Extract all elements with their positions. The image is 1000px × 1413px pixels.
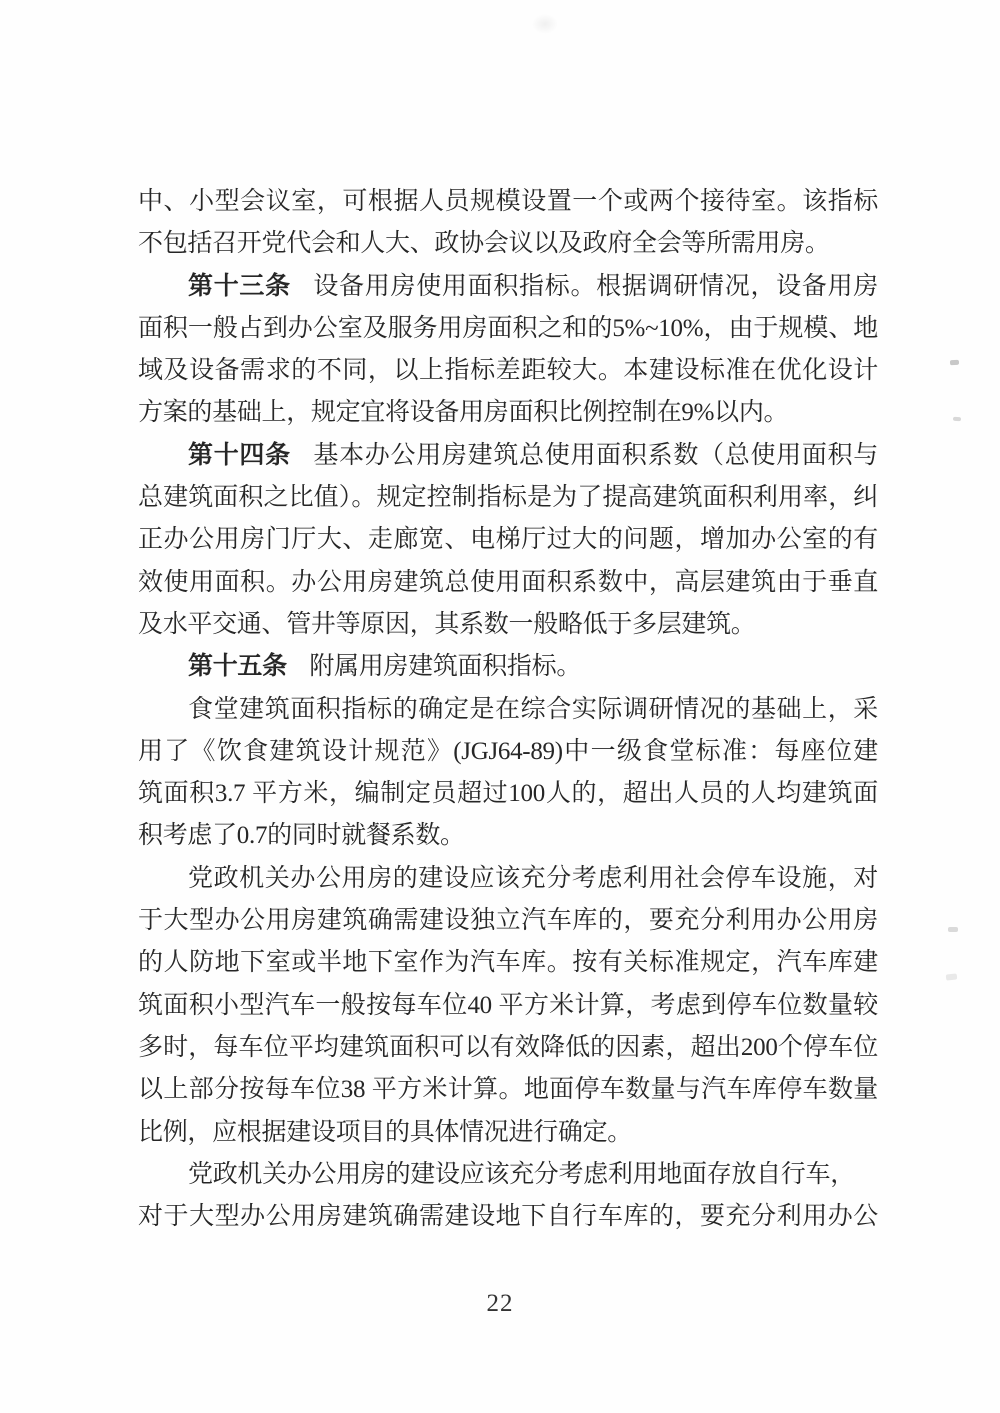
text-line: 中、小型会议室，可根据人员规模设置一个或两个接待室。该指标 bbox=[138, 181, 878, 223]
line-text: 党政机关办公用房的建设应该充分考虑利用地面存放自行车， bbox=[188, 1161, 855, 1188]
line-text: 总建筑面积之比值）。规定控制指标是为了提高建筑面积利用率，纠 bbox=[138, 484, 878, 511]
scan-artifact bbox=[946, 973, 958, 980]
text-line: 效使用面积。办公用房建筑总使用面积系数中，高层建筑由于垂直 bbox=[138, 562, 878, 604]
page-number: 22 bbox=[0, 1290, 1000, 1318]
article-heading: 第十四条 bbox=[188, 442, 291, 469]
text-line: 党政机关办公用房的建设应该充分考虑利用地面存放自行车， bbox=[138, 1154, 878, 1196]
text-line: 积考虑了0.7的同时就餐系数。 bbox=[138, 815, 878, 857]
scan-smudge bbox=[532, 14, 558, 34]
text-line: 正办公用房门厅大、走廊宽、电梯厅过大的问题，增加办公室的有 bbox=[138, 519, 878, 561]
text-line: 比例，应根据建设项目的具体情况进行确定。 bbox=[138, 1112, 878, 1154]
text-line: 于大型办公用房建筑确需建设独立汽车库的，要充分利用办公用房 bbox=[138, 900, 878, 942]
line-text: 及水平交通、管井等原因，其系数一般略低于多层建筑。 bbox=[138, 611, 756, 638]
text-line: 党政机关办公用房的建设应该充分考虑利用社会停车设施，对 bbox=[138, 858, 878, 900]
line-text: 于大型办公用房建筑确需建设独立汽车库的，要充分利用办公用房 bbox=[138, 907, 878, 934]
line-text: 方案的基础上，规定宜将设备用房面积比例控制在9%以内。 bbox=[138, 399, 788, 426]
text-line: 第十三条设备用房使用面积指标。根据调研情况，设备用房 bbox=[138, 266, 878, 308]
scan-artifact bbox=[950, 360, 959, 366]
line-text: 筑面积小型汽车一般按每车位40 平方米计算，考虑到停车位数量较 bbox=[138, 992, 878, 1019]
text-line: 面积一般占到办公室及服务用房面积之和的5%~10%，由于规模、地 bbox=[138, 308, 878, 350]
text-line: 筑面积小型汽车一般按每车位40 平方米计算，考虑到停车位数量较 bbox=[138, 985, 878, 1027]
line-text: 域及设备需求的不同，以上指标差距较大。本建设标准在优化设计 bbox=[138, 357, 878, 384]
line-text: 的人防地下室或半地下室作为汽车库。按有关标准规定，汽车库建 bbox=[138, 949, 878, 976]
line-text: 对于大型办公用房建筑确需建设地下自行车库的，要充分利用办公 bbox=[138, 1203, 878, 1230]
article-heading: 第十五条 bbox=[188, 653, 287, 680]
text-line: 第十四条基本办公用房建筑总使用面积系数（总使用面积与 bbox=[138, 435, 878, 477]
line-text: 设备用房使用面积指标。根据调研情况，设备用房 bbox=[313, 273, 878, 300]
text-line: 以上部分按每车位38 平方米计算。地面停车数量与汽车库停车数量 bbox=[138, 1069, 878, 1111]
line-text: 用了《饮食建筑设计规范》(JGJ64-89)中一级食堂标准：每座位建 bbox=[138, 738, 878, 765]
document-text-block: 中、小型会议室，可根据人员规模设置一个或两个接待室。该指标 不包括召开党代会和人… bbox=[138, 181, 878, 1238]
scan-artifact bbox=[953, 417, 961, 421]
article-heading: 第十三条 bbox=[188, 273, 291, 300]
text-line: 用了《饮食建筑设计规范》(JGJ64-89)中一级食堂标准：每座位建 bbox=[138, 731, 878, 773]
text-line: 对于大型办公用房建筑确需建设地下自行车库的，要充分利用办公 bbox=[138, 1196, 878, 1238]
scan-artifact bbox=[948, 927, 958, 932]
line-text: 不包括召开党代会和人大、政协会议以及政府全会等所需用房。 bbox=[138, 230, 830, 257]
text-line: 域及设备需求的不同，以上指标差距较大。本建设标准在优化设计 bbox=[138, 350, 878, 392]
text-line: 的人防地下室或半地下室作为汽车库。按有关标准规定，汽车库建 bbox=[138, 942, 878, 984]
line-text: 筑面积3.7 平方米，编制定员超过100人的，超出人员的人均建筑面 bbox=[138, 780, 878, 807]
line-text: 附属用房建筑面积指标。 bbox=[309, 653, 581, 680]
line-text: 效使用面积。办公用房建筑总使用面积系数中，高层建筑由于垂直 bbox=[138, 569, 878, 596]
text-line: 食堂建筑面积指标的确定是在综合实际调研情况的基础上，采 bbox=[138, 689, 878, 731]
line-text: 正办公用房门厅大、走廊宽、电梯厅过大的问题，增加办公室的有 bbox=[138, 526, 878, 553]
text-line: 总建筑面积之比值）。规定控制指标是为了提高建筑面积利用率，纠 bbox=[138, 477, 878, 519]
text-line: 多时，每车位平均建筑面积可以有效降低的因素，超出200个停车位 bbox=[138, 1027, 878, 1069]
text-line: 不包括召开党代会和人大、政协会议以及政府全会等所需用房。 bbox=[138, 223, 878, 265]
line-text: 多时，每车位平均建筑面积可以有效降低的因素，超出200个停车位 bbox=[138, 1034, 878, 1061]
text-line: 筑面积3.7 平方米，编制定员超过100人的，超出人员的人均建筑面 bbox=[138, 773, 878, 815]
line-text: 基本办公用房建筑总使用面积系数（总使用面积与 bbox=[313, 442, 878, 469]
line-text: 食堂建筑面积指标的确定是在综合实际调研情况的基础上，采 bbox=[188, 696, 878, 723]
line-text: 积考虑了0.7的同时就餐系数。 bbox=[138, 822, 465, 849]
line-text: 党政机关办公用房的建设应该充分考虑利用社会停车设施，对 bbox=[188, 865, 878, 892]
line-text: 比例，应根据建设项目的具体情况进行确定。 bbox=[138, 1119, 632, 1146]
text-line: 方案的基础上，规定宜将设备用房面积比例控制在9%以内。 bbox=[138, 392, 878, 434]
line-text: 面积一般占到办公室及服务用房面积之和的5%~10%，由于规模、地 bbox=[138, 315, 878, 342]
line-text: 以上部分按每车位38 平方米计算。地面停车数量与汽车库停车数量 bbox=[138, 1076, 878, 1103]
text-line: 及水平交通、管井等原因，其系数一般略低于多层建筑。 bbox=[138, 604, 878, 646]
text-line: 第十五条附属用房建筑面积指标。 bbox=[138, 646, 878, 688]
line-text: 中、小型会议室，可根据人员规模设置一个或两个接待室。该指标 bbox=[138, 188, 878, 215]
document-page: 中、小型会议室，可根据人员规模设置一个或两个接待室。该指标 不包括召开党代会和人… bbox=[0, 0, 1000, 1413]
